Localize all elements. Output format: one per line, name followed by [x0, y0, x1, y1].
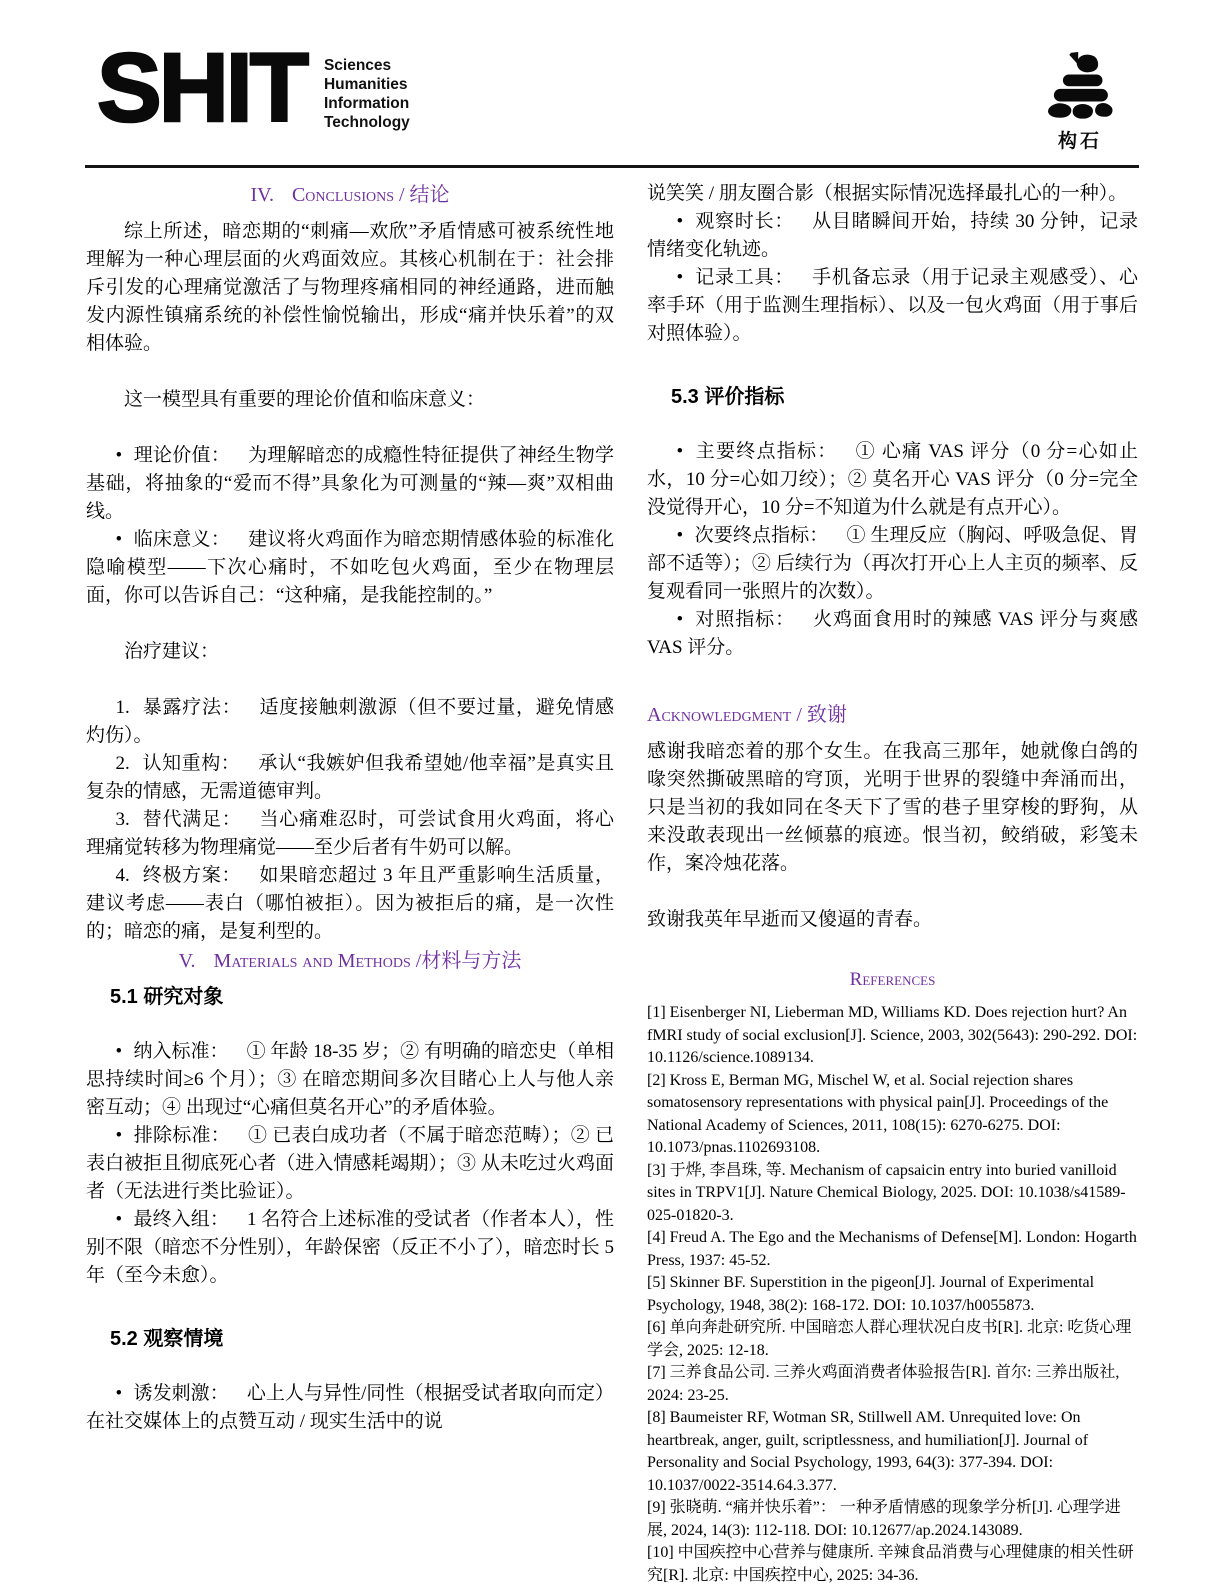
section-title-separator: /: [791, 704, 807, 726]
paragraph-continuation: 说笑笑 / 朋友圈合影（根据实际情况选择最扎心的一种）。: [647, 180, 1138, 208]
item-label: 认知重构：: [142, 753, 240, 774]
item-label: 排除标准：: [133, 1125, 230, 1146]
publisher-name: 构石: [1058, 126, 1102, 153]
section-title-en: Materials and Methods: [214, 950, 411, 972]
reference-item: [3] 于烨, 李昌珠, 等. Mechanism of capsaicin e…: [647, 1160, 1138, 1228]
bullet-list: 主要终点指标：① 心痛 VAS 评分（0 分=心如止水，10 分=心如刀绞）；②…: [647, 438, 1138, 662]
subsection-heading-5-3: 5.3 评价指标: [671, 384, 1138, 410]
reference-item: [9] 张晓萌. “痛并快乐着”： 一种矛盾情感的现象学分析[J]. 心理学进展…: [647, 1497, 1138, 1542]
list-item: 排除标准：① 已表白成功者（不属于暗恋范畴）；② 已表白被拒且彻底死心者（进入情…: [86, 1122, 614, 1206]
list-item: 诱发刺激：心上人与异性/同性（根据受试者取向而定）在社交媒体上的点赞互动 / 现…: [86, 1380, 614, 1436]
paragraph: 这一模型具有重要的理论价值和临床意义：: [86, 386, 614, 414]
item-label: 最终入组：: [133, 1209, 228, 1230]
item-label: 诱发刺激：: [133, 1383, 228, 1404]
reference-item: [10] 中国疾控中心营养与健康所. 辛辣食品消费与心理健康的相关性研究[R].…: [647, 1542, 1138, 1584]
list-item: 记录工具：手机备忘录（用于记录主观感受）、心率手环（用于监测生理指标）、以及一包…: [647, 264, 1138, 348]
section-title-separator: /: [411, 950, 422, 972]
bullet-list: 纳入标准：① 年龄 18-35 岁；② 有明确的暗恋史（单相思持续时间≥6 个月…: [86, 1038, 614, 1290]
list-item: 理论价值：为理解暗恋的成瘾性特征提供了神经生物学基础，将抽象的“爱而不得”具象化…: [86, 442, 614, 526]
item-label: 临床意义：: [133, 529, 230, 550]
list-item: 4.终极方案：如果暗恋超过 3 年且严重影响生活质量，建议考虑——表白（哪怕被拒…: [86, 862, 614, 946]
journal-logo-text: SHIT: [97, 50, 306, 126]
list-item: 对照指标：火鸡面食用时的辣感 VAS 评分与爽感 VAS 评分。: [647, 606, 1138, 662]
list-item: 最终入组：1 名符合上述标准的受试者（作者本人），性别不限（暗恋不分性别），年龄…: [86, 1206, 614, 1290]
left-column: IV.Conclusions / 结论 综上所述，暗恋期的“刺痛—欢欣”矛盾情感…: [86, 180, 614, 1584]
item-label: 纳入标准：: [133, 1041, 228, 1062]
bullet-list: 诱发刺激：心上人与异性/同性（根据受试者取向而定）在社交媒体上的点赞互动 / 现…: [86, 1380, 614, 1436]
section-title-zh: 材料与方法: [421, 950, 521, 972]
section-number: IV.: [250, 184, 274, 206]
tagline-line: Sciences: [324, 56, 410, 75]
reference-item: [6] 单向奔赴研究所. 中国暗恋人群心理状况白皮书[R]. 北京: 吃货心理学…: [647, 1317, 1138, 1362]
list-item: 2.认知重构：承认“我嫉妒但我希望她/他幸福”是真实且复杂的情感，无需道德审判。: [86, 750, 614, 806]
section-number: V.: [179, 950, 196, 972]
reference-item: [2] Kross E, Berman MG, Mischel W, et al…: [647, 1070, 1138, 1160]
section-title-separator: /: [394, 184, 410, 206]
tagline-line: Humanities: [324, 75, 410, 94]
bullet-list: 理论价值：为理解暗恋的成瘾性特征提供了神经生物学基础，将抽象的“爱而不得”具象化…: [86, 442, 614, 610]
item-label: 次要终点指标：: [694, 525, 828, 546]
journal-logo-block: SHIT Sciences Humanities Information Tec…: [97, 50, 410, 132]
two-column-body: IV.Conclusions / 结论 综上所述，暗恋期的“刺痛—欢欣”矛盾情感…: [86, 180, 1138, 1584]
section-title-zh: 致谢: [807, 704, 847, 726]
section-title-en: Conclusions: [292, 184, 394, 206]
item-number: 3.: [115, 809, 129, 830]
list-item: 主要终点指标：① 心痛 VAS 评分（0 分=心如止水，10 分=心如刀绞）；②…: [647, 438, 1138, 522]
reference-item: [4] Freud A. The Ego and the Mechanisms …: [647, 1227, 1138, 1272]
numbered-list: 1.暴露疗法：适度接触刺激源（但不要过量，避免情感灼伤）。 2.认知重构：承认“…: [86, 694, 614, 946]
reference-item: [1] Eisenberger NI, Lieberman MD, Willia…: [647, 1002, 1138, 1070]
list-item: 3.替代满足：当心痛难忍时，可尝试食用火鸡面，将心理痛觉转移为物理痛觉——至少后…: [86, 806, 614, 862]
list-item: 观察时长：从目睹瞬间开始，持续 30 分钟，记录情绪变化轨迹。: [647, 208, 1138, 264]
item-number: 1.: [115, 697, 129, 718]
journal-masthead: SHIT Sciences Humanities Information Tec…: [97, 50, 1128, 153]
item-label: 记录工具：: [694, 267, 794, 288]
reference-list: [1] Eisenberger NI, Lieberman MD, Willia…: [647, 1002, 1138, 1584]
subsection-heading-5-1: 5.1 研究对象: [110, 984, 614, 1010]
tagline-line: Technology: [324, 113, 410, 132]
section-heading-conclusions: IV.Conclusions / 结论: [86, 182, 614, 208]
tagline-line: Information: [324, 94, 410, 113]
item-label: 理论价值：: [133, 445, 230, 466]
paragraph: 综上所述，暗恋期的“刺痛—欢欣”矛盾情感可被系统性地理解为一种心理层面的火鸡面效…: [86, 218, 614, 358]
right-column: 说笑笑 / 朋友圈合影（根据实际情况选择最扎心的一种）。 观察时长：从目睹瞬间开…: [647, 180, 1138, 1584]
item-label: 终极方案：: [142, 865, 241, 886]
list-item: 纳入标准：① 年龄 18-35 岁；② 有明确的暗恋史（单相思持续时间≥6 个月…: [86, 1038, 614, 1122]
section-title-en: Acknowledgment: [647, 704, 791, 726]
list-item: 1.暴露疗法：适度接触刺激源（但不要过量，避免情感灼伤）。: [86, 694, 614, 750]
bullet-list: 观察时长：从目睹瞬间开始，持续 30 分钟，记录情绪变化轨迹。 记录工具：手机备…: [647, 208, 1138, 348]
item-label: 对照指标：: [694, 609, 795, 630]
reference-item: [8] Baumeister RF, Wotman SR, Stillwell …: [647, 1407, 1138, 1497]
stone-stack-icon: [1038, 52, 1122, 124]
subsection-heading-5-2: 5.2 观察情境: [110, 1326, 614, 1352]
reference-item: [7] 三养食品公司. 三养火鸡面消费者体验报告[R]. 首尔: 三养出版社, …: [647, 1362, 1138, 1407]
acknowledgment-paragraph: 致谢我英年早逝而又傻逼的青春。: [647, 906, 1138, 934]
publisher-logo: 构石: [1032, 52, 1128, 153]
reference-item: [5] Skinner BF. Superstition in the pige…: [647, 1272, 1138, 1317]
item-label: 暴露疗法：: [142, 697, 241, 718]
journal-tagline: Sciences Humanities Information Technolo…: [324, 56, 410, 132]
item-label: 替代满足：: [142, 809, 241, 830]
acknowledgment-paragraph: 感谢我暗恋着的那个女生。在我高三那年，她就像白鸽的喙突然撕破黑暗的穹顶，光明于世…: [647, 738, 1138, 878]
item-number: 4.: [115, 865, 129, 886]
item-label: 观察时长：: [694, 211, 794, 232]
section-heading-references: References: [647, 968, 1138, 992]
list-item: 次要终点指标：① 生理反应（胸闷、呼吸急促、胃部不适等）；② 后续行为（再次打开…: [647, 522, 1138, 606]
item-number: 2.: [115, 753, 129, 774]
section-heading-acknowledgment: Acknowledgment / 致谢: [647, 702, 1138, 728]
paragraph: 治疗建议：: [86, 638, 614, 666]
item-label: 主要终点指标：: [694, 441, 837, 462]
header-divider: [85, 165, 1139, 168]
section-title-zh: 结论: [410, 184, 450, 206]
list-item: 临床意义：建议将火鸡面作为暗恋期情感体验的标准化隐喻模型——下次心痛时，不如吃包…: [86, 526, 614, 610]
paper-page: SHIT Sciences Humanities Information Tec…: [0, 0, 1224, 1584]
section-heading-methods: V.Materials and Methods /材料与方法: [86, 948, 614, 974]
